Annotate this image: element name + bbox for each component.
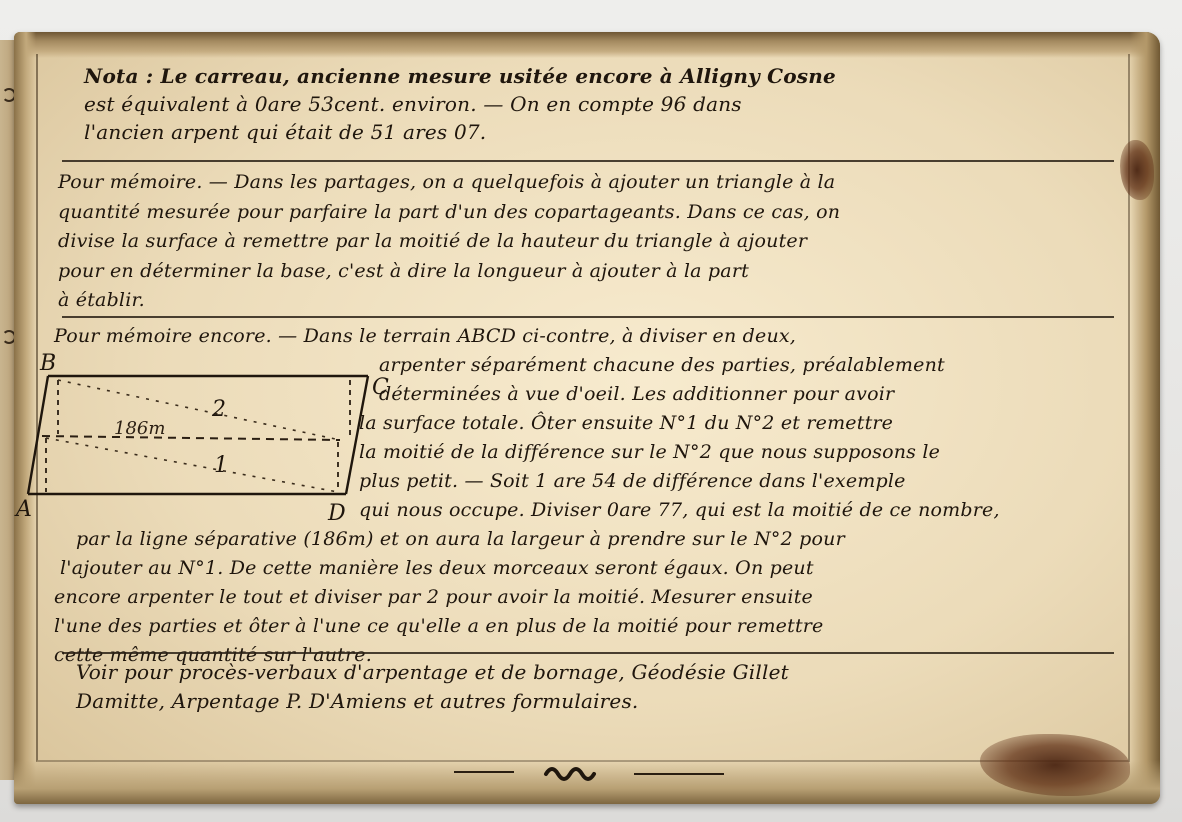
memoire2-line-1: Pour mémoire encore. — Dans le terrain A… — [54, 322, 1120, 351]
part-label-1: 1 — [214, 453, 228, 478]
section-divider — [62, 652, 1114, 654]
memoire1-line-4: pour en déterminer la base, c'est à dire… — [58, 257, 1120, 287]
memoire2-line-11: l'une des parties et ôter à l'une ce qu'… — [54, 612, 1120, 641]
memoire2-line-9: l'ajouter au N°1. De cette manière les d… — [54, 554, 1120, 583]
corner-label-d: D — [327, 501, 346, 526]
nota-line-3: l'ancien arpent qui était de 51 ares 07. — [84, 118, 1120, 146]
closing-flourish — [454, 760, 754, 790]
section-pour-memoire: Pour mémoire. — Dans les partages, on a … — [54, 168, 1120, 316]
trapezoid-diagram-svg: B C A D 2 1 186m — [28, 354, 388, 544]
voir-line-2: Damitte, Arpentage P. D'Amiens et autres… — [76, 687, 1120, 716]
section-voir-references: Voir pour procès-verbaux d'arpentage et … — [54, 658, 1120, 716]
trapezoid-diagram-abcd: B C A D 2 1 186m — [28, 354, 388, 544]
section-nota: Nota : Le carreau, ancienne mesure usité… — [54, 62, 1120, 146]
memoire2-line-10: encore arpenter le tout et diviser par 2… — [54, 583, 1120, 612]
nota-line-2: est équivalent à 0are 53cent. environ. —… — [84, 90, 1120, 118]
memoire1-line-5: à établir. — [58, 286, 1120, 316]
part-label-2: 2 — [211, 397, 226, 422]
flourish-ornament-icon — [454, 760, 754, 790]
separator-length-label: 186m — [114, 418, 165, 439]
memoire1-line-3: divise la surface à remettre par la moit… — [58, 227, 1120, 257]
corner-label-b: B — [39, 351, 56, 376]
corner-label-a: A — [14, 497, 32, 522]
memoire1-line-1: Pour mémoire. — Dans les partages, on a … — [58, 168, 1120, 198]
section-divider — [62, 160, 1114, 162]
corner-label-c: C — [372, 375, 389, 400]
nota-line-1: Nota : Le carreau, ancienne mesure usité… — [84, 62, 1120, 90]
notebook-page: Nota : Le carreau, ancienne mesure usité… — [14, 32, 1160, 804]
memoire1-line-2: quantité mesurée pour parfaire la part d… — [58, 198, 1120, 228]
voir-line-1: Voir pour procès-verbaux d'arpentage et … — [76, 658, 1120, 687]
section-divider — [62, 316, 1114, 318]
